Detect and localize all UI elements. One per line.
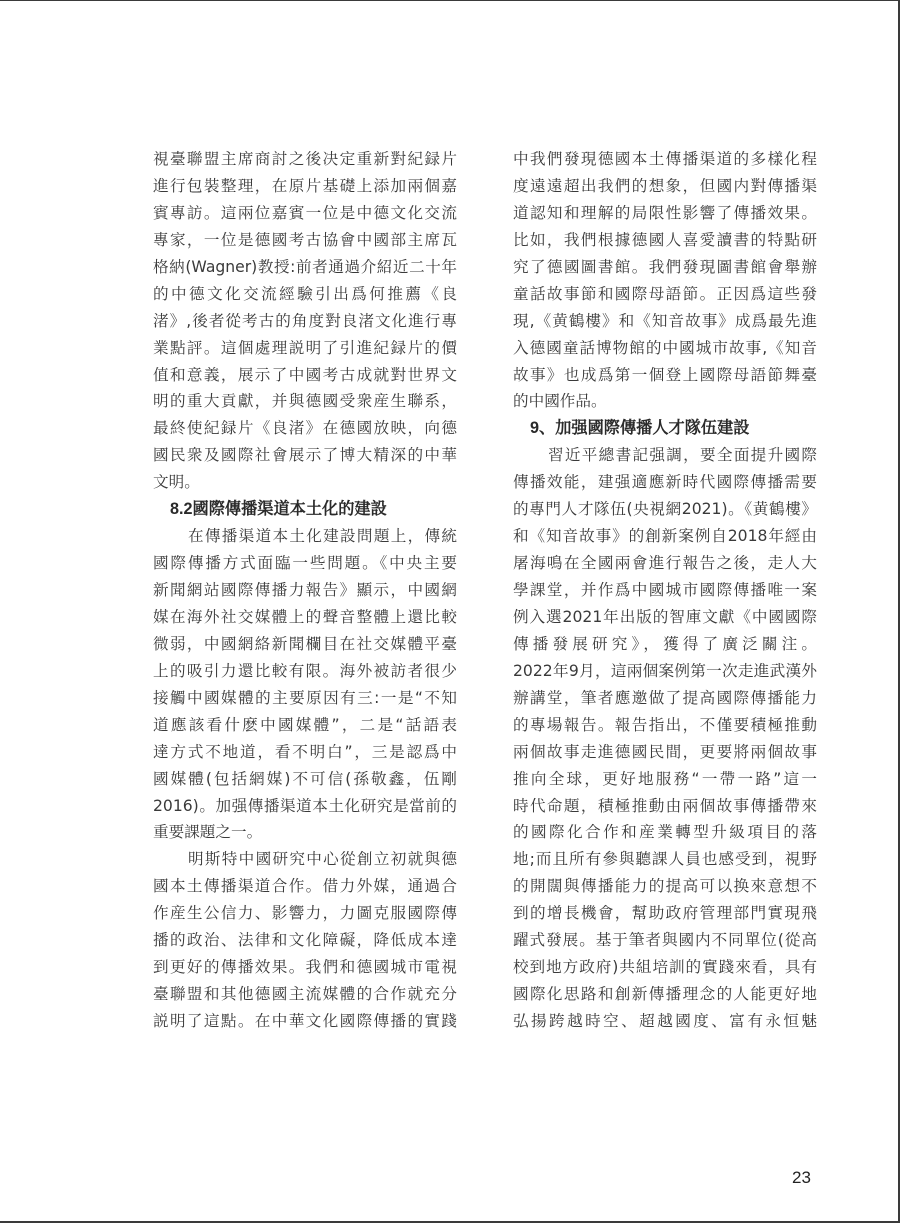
page-border-top <box>0 0 900 1</box>
text-line: 道認知和理解的局限性影響了傳播效果。 <box>513 200 817 227</box>
right-text-column: 中我們發現德國本土傳播渠道的多樣化程度遠遠超出我們的想象，但國内對傳播渠道認知和… <box>513 146 817 1035</box>
text-line: 到的增長機會，幫助政府管理部門實現飛 <box>513 900 817 927</box>
text-line: 渚》,後者從考古的角度對良渚文化進行專 <box>153 308 457 335</box>
text-line: 賓專訪。這兩位嘉賓一位是中德文化交流 <box>153 200 457 227</box>
text-line: 到更好的傳播效果。我們和德國城市電視 <box>153 954 457 981</box>
text-line: 達方式不地道，看不明白”，三是認爲中 <box>153 739 457 766</box>
paragraph-first-line: 在傳播渠道本土化建設問題上，傳統 <box>153 523 457 550</box>
text-line: 道應該看什麽中國媒體”，二是“話語表 <box>153 712 457 739</box>
text-line: 度遠遠超出我們的想象，但國内對傳播渠 <box>513 173 817 200</box>
paragraph-first-line: 明斯特中國研究中心從創立初就與德 <box>153 846 457 873</box>
text-line: 2022年9月，這兩個案例第一次走進武漢外 <box>513 658 817 685</box>
text-line: 文明。 <box>153 469 457 496</box>
text-line: 學課堂，并作爲中國城市國際傳播唯一案 <box>513 577 817 604</box>
text-line: 專家，一位是德國考古協會中國部主席瓦 <box>153 227 457 254</box>
text-line: 中我們發現德國本土傳播渠道的多樣化程 <box>513 146 817 173</box>
text-line: 作産生公信力、影響力，力圖克服國際傳 <box>153 900 457 927</box>
text-line: 的專門人才隊伍(央視網2021)。《黄鶴樓》 <box>513 496 817 523</box>
text-line: 接觸中國媒體的主要原因有三:一是“不知 <box>153 685 457 712</box>
text-line: 傳播效能，建强適應新時代國際傳播需要 <box>513 469 817 496</box>
text-line: 的中德文化交流經驗引出爲何推薦《良 <box>153 281 457 308</box>
section-heading: 9、加强國際傳播人才隊伍建設 <box>513 415 817 442</box>
text-line: 國本土傳播渠道合作。借力外媒，通過合 <box>153 873 457 900</box>
text-line: 進行包裝整理，在原片基礎上添加兩個嘉 <box>153 173 457 200</box>
text-line: 的國際化合作和産業轉型升級項目的落 <box>513 819 817 846</box>
text-line: 推向全球，更好地服務“一帶一路”這一 <box>513 766 817 793</box>
text-line: 躍式發展。基于筆者與國内不同單位(從高 <box>513 927 817 954</box>
text-line: 童話故事節和國際母語節。正因爲這些發 <box>513 281 817 308</box>
text-line: 微弱，中國網絡新聞欄目在社交媒體平臺 <box>153 631 457 658</box>
paragraph-first-line: 習近平總書記强調，要全面提升國際 <box>513 442 817 469</box>
text-line: 故事》也成爲第一個登上國際母語節舞臺 <box>513 362 817 389</box>
text-line: 播的政治、法律和文化障礙，降低成本達 <box>153 927 457 954</box>
text-line: 國際化思路和創新傳播理念的人能更好地 <box>513 981 817 1008</box>
text-line: 例入選2021年出版的智庫文獻《中國國際 <box>513 604 817 631</box>
text-line: 明的重大貢獻，并與德國受衆産生聯系， <box>153 388 457 415</box>
text-line: 國媒體(包括網媒)不可信(孫敬鑫，伍剛 <box>153 766 457 793</box>
text-line: 格納(Wagner)教授:前者通過介紹近二十年 <box>153 254 457 281</box>
text-line: 的專場報告。報告指出，不僅要積極推動 <box>513 712 817 739</box>
text-line: 國民衆及國際社會展示了博大精深的中華 <box>153 442 457 469</box>
text-line: 視臺聯盟主席商討之後决定重新對紀録片 <box>153 146 457 173</box>
text-line: 最終使紀録片《良渚》在德國放映，向德 <box>153 415 457 442</box>
text-line: 現,《黄鶴樓》和《知音故事》成爲最先進 <box>513 308 817 335</box>
text-line: 媒在海外社交媒體上的聲音整體上還比較 <box>153 604 457 631</box>
text-line: 的開闊與傳播能力的提高可以换來意想不 <box>513 873 817 900</box>
left-text-column: 視臺聯盟主席商討之後决定重新對紀録片進行包裝整理，在原片基礎上添加兩個嘉賓專訪。… <box>153 146 457 1035</box>
text-line: 入德國童話博物館的中國城市故事,《知音 <box>513 335 817 362</box>
text-line: 國際傳播方式面臨一些問題。《中央主要 <box>153 550 457 577</box>
text-line: 時代命題，積極推動由兩個故事傳播帶來 <box>513 793 817 820</box>
text-line: 值和意義，展示了中國考古成就對世界文 <box>153 362 457 389</box>
text-line: 辦講堂，筆者應邀做了提高國際傳播能力 <box>513 685 817 712</box>
text-line: 兩個故事走進德國民間，更要將兩個故事 <box>513 739 817 766</box>
text-line: 傳播發展研究》，獲得了廣泛關注。 <box>513 631 817 658</box>
text-line: 2016)。加强傳播渠道本土化研究是當前的 <box>153 793 457 820</box>
text-line: 弘揚跨越時空、超越國度、富有永恒魅 <box>513 1008 817 1035</box>
section-heading: 8.2國際傳播渠道本土化的建設 <box>153 496 457 523</box>
text-line: 上的吸引力還比較有限。海外被訪者很少 <box>153 658 457 685</box>
page-number: 23 <box>792 1168 811 1188</box>
text-line: 地;而且所有參與聽課人員也感受到，視野 <box>513 846 817 873</box>
text-line: 新聞網站國際傳播力報告》顯示，中國網 <box>153 577 457 604</box>
text-line: 重要課題之一。 <box>153 819 457 846</box>
text-line: 的中國作品。 <box>513 388 817 415</box>
text-line: 説明了這點。在中華文化國際傳播的實踐 <box>153 1008 457 1035</box>
text-line: 究了德國圖書館。我們發現圖書館會舉辦 <box>513 254 817 281</box>
text-line: 臺聯盟和其他德國主流媒體的合作就充分 <box>153 981 457 1008</box>
text-line: 比如，我們根據德國人喜愛讀書的特點研 <box>513 227 817 254</box>
text-line: 校到地方政府)共組培訓的實踐來看，具有 <box>513 954 817 981</box>
text-line: 業點評。這個處理説明了引進紀録片的價 <box>153 335 457 362</box>
text-line: 和《知音故事》的創新案例自2018年經由 <box>513 523 817 550</box>
text-line: 屠海鳴在全國兩會進行報告之後，走人大 <box>513 550 817 577</box>
